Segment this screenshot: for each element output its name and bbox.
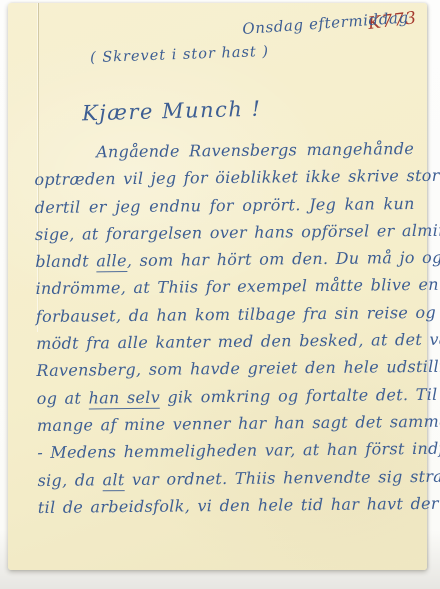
letter-line: mödt fra alle kanter med den besked, at … bbox=[36, 326, 416, 357]
letter-line: dertil er jeg endnu for oprört. Jeg kan … bbox=[35, 190, 415, 221]
letter-line: sig, da alt var ordnet. Thiis henvendte … bbox=[37, 463, 417, 494]
letter-body: Angående Ravensbergs mangehåndeoptræden … bbox=[34, 135, 418, 521]
date-line: Onsdag eftermiddag bbox=[242, 8, 410, 38]
letter-line: sige, at forargelsen over hans opförsel … bbox=[35, 217, 415, 248]
letter-line: forbauset, da han kom tilbage fra sin re… bbox=[36, 299, 416, 330]
letter-line: Angående Ravensbergs mangehånde bbox=[34, 135, 414, 166]
scan-background: { "letter": { "archive_number": "K773", … bbox=[0, 0, 440, 589]
underlined-word: alt bbox=[102, 470, 124, 491]
greeting: Kjære Munch ! bbox=[82, 97, 262, 126]
letter-line: Ravensberg, som havde greiet den hele ud… bbox=[36, 353, 416, 384]
underlined-word: alle bbox=[96, 251, 127, 272]
letter-line: til de arbeidsfolk, vi den hele tid har … bbox=[38, 490, 418, 521]
letter-line: og at han selv gik omkring og fortalte d… bbox=[37, 381, 417, 412]
letter-line: mange af mine venner har han sagt det sa… bbox=[37, 408, 417, 439]
letter-line: indrömme, at Thiis for exempel måtte bli… bbox=[35, 271, 415, 302]
letter-line: blandt alle, som har hört om den. Du må … bbox=[35, 244, 415, 275]
letter-line: - Medens hemmeligheden var, at han först… bbox=[37, 435, 417, 466]
underlined-word: han selv bbox=[88, 387, 160, 409]
letter-paper: K773 Onsdag eftermiddag ( Skrevet i stor… bbox=[8, 3, 427, 570]
haste-note: ( Skrevet i stor hast ) bbox=[90, 44, 269, 66]
letter-line: optræden vil jeg for öieblikket ikke skr… bbox=[34, 162, 414, 193]
